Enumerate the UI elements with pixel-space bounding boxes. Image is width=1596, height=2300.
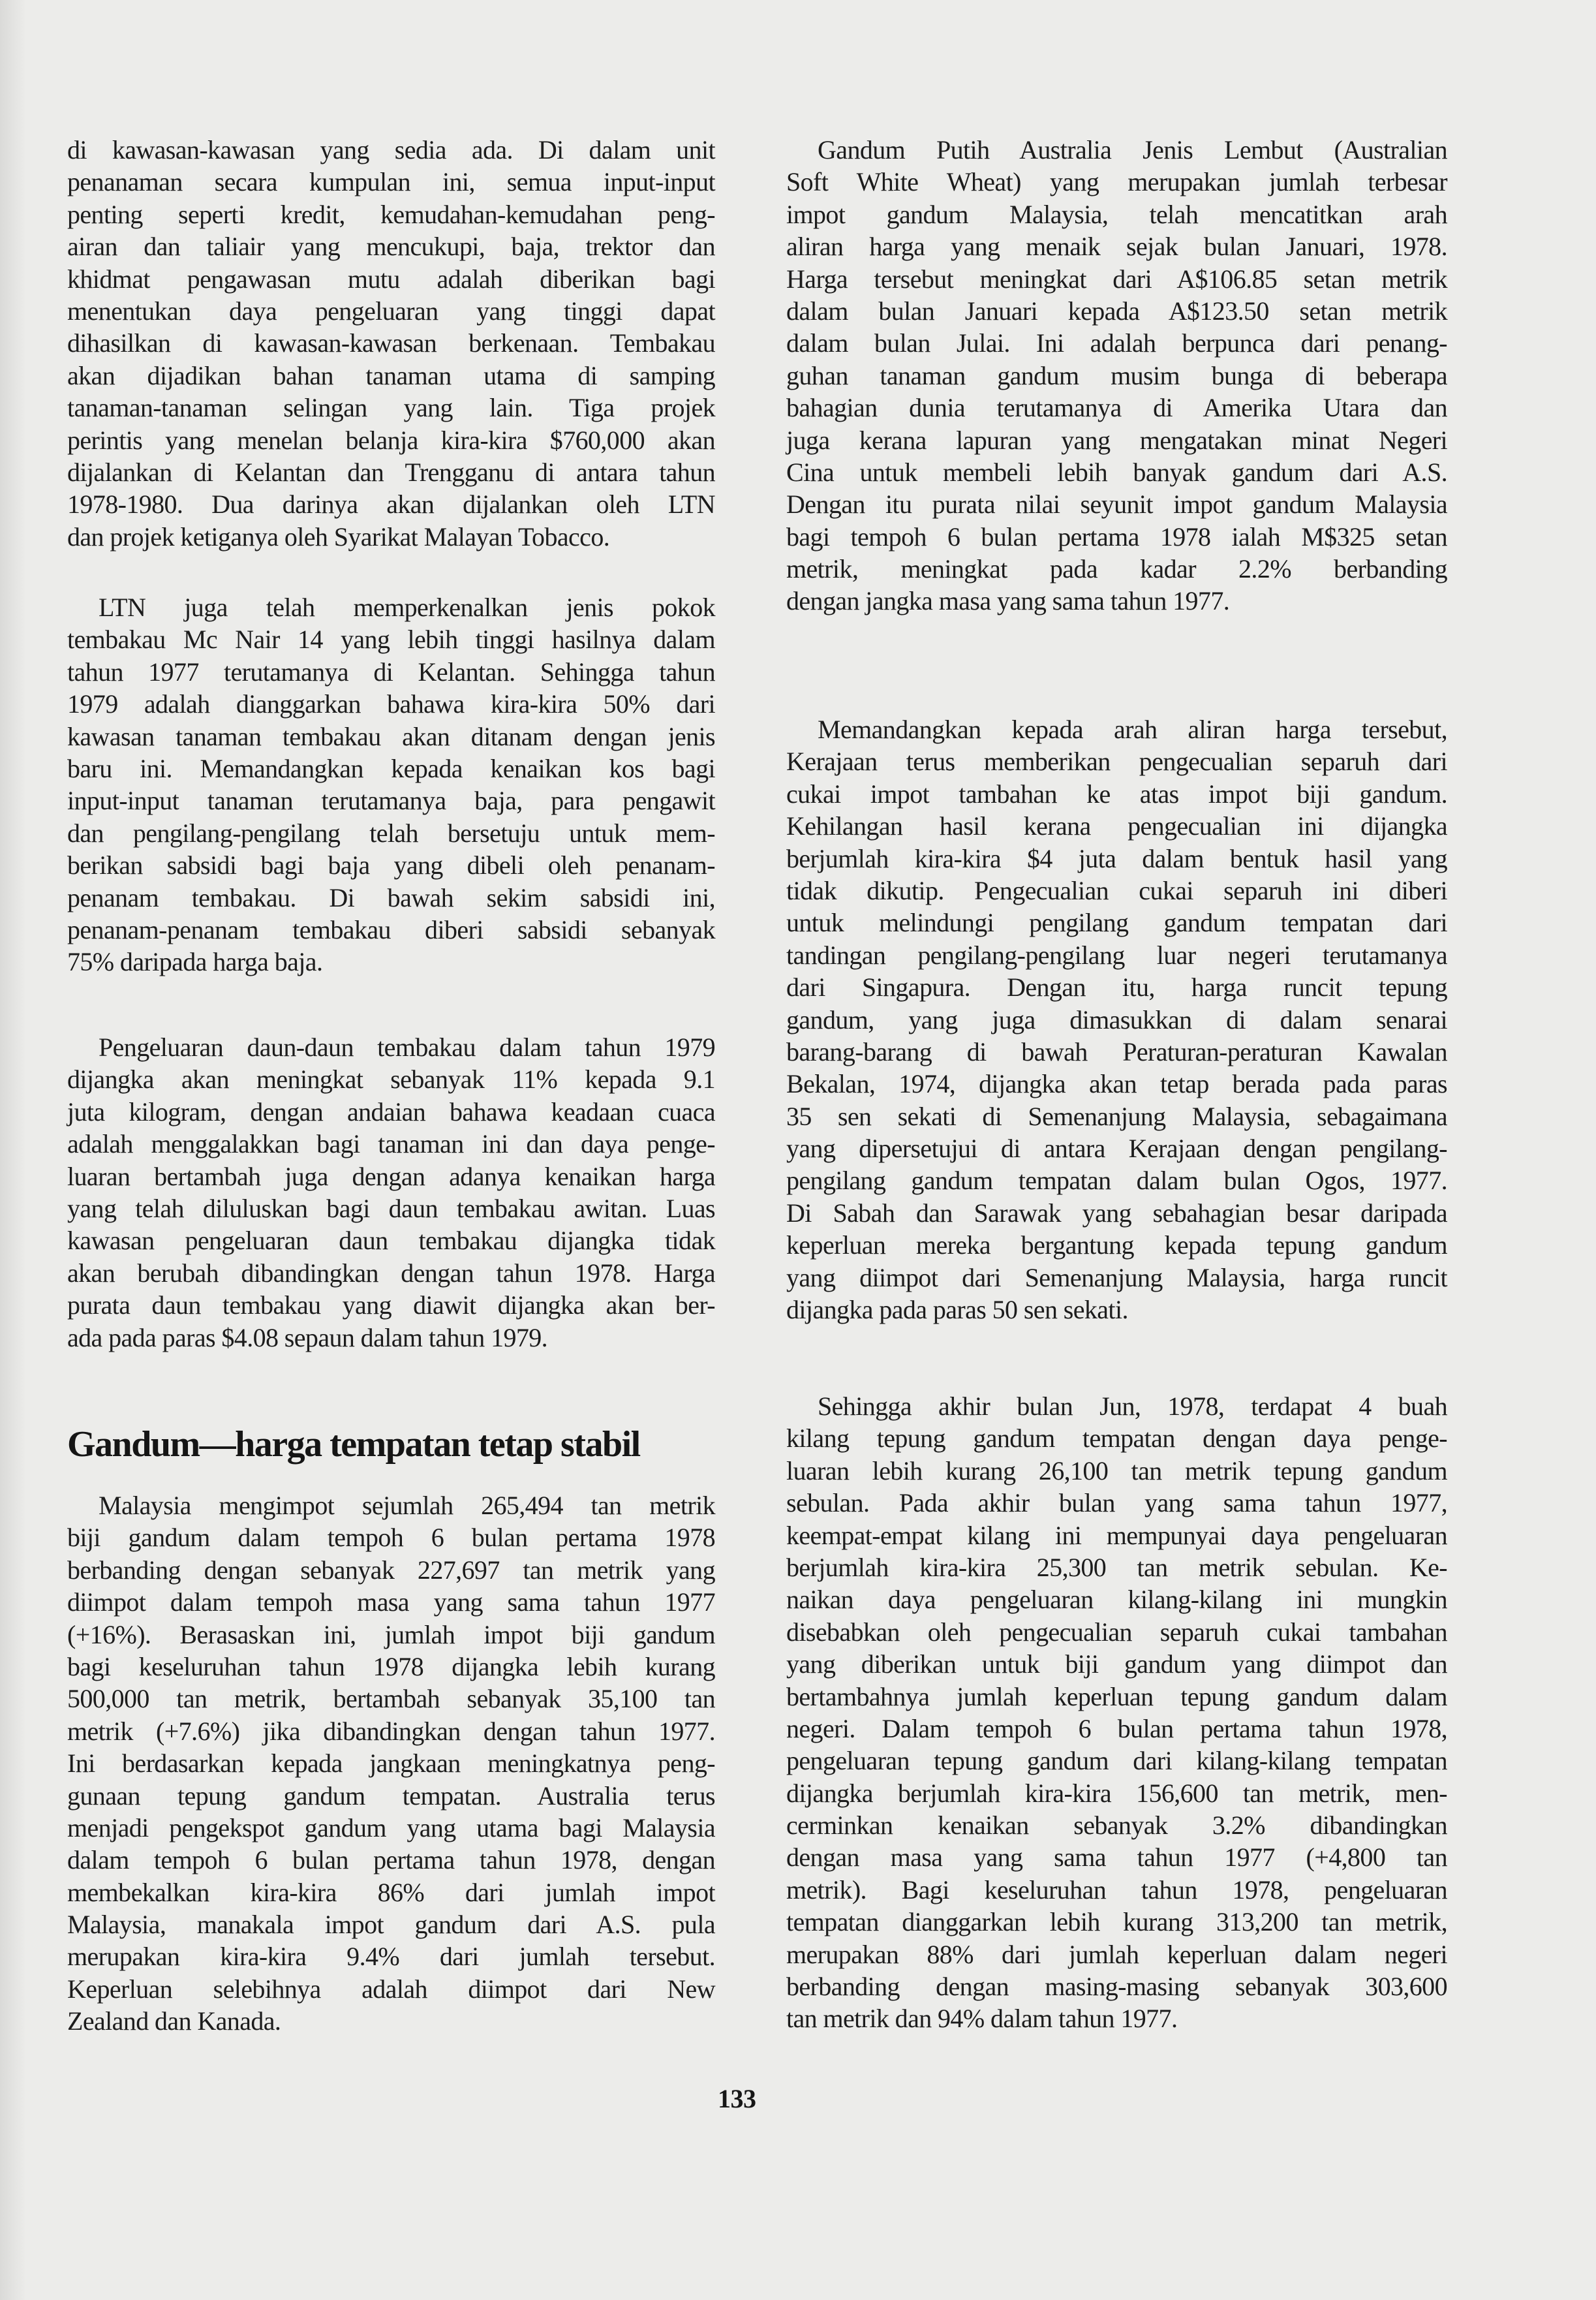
text-line-content: bagi keseluruhan tahun 1978 dijangka leb… — [67, 1651, 715, 1683]
text-line: Cina untuk membeli lebih banyak gandum d… — [786, 456, 1447, 488]
text-line-content: kilang tepung gandum tempatan dengan day… — [786, 1422, 1447, 1454]
text-line: tandingan pengilang-pengilang luar neger… — [786, 939, 1447, 971]
text-line-content: berikan sabsidi bagi baja yang dibeli ol… — [67, 849, 715, 881]
paragraph-tobacco-group-farming: di kawasan-kawasan yang sedia ada. Di da… — [67, 134, 715, 553]
text-line: akan berubah dibandingkan dengan tahun 1… — [67, 1257, 715, 1289]
text-line-content: dalam bulan Januari kepada A$123.50 seta… — [786, 295, 1447, 327]
text-line-content: cukai impot tambahan ke atas impot biji … — [786, 778, 1447, 810]
text-line-content: tan metrik dan 94% dalam tahun 1977. — [786, 2002, 1447, 2034]
text-line: dijalankan di Kelantan dan Trengganu di … — [67, 456, 715, 488]
text-line-content: adalah menggalakkan bagi tanaman ini dan… — [67, 1128, 715, 1160]
text-line-content: keperluan mereka bergantung kepada tepun… — [786, 1229, 1447, 1261]
text-line-content: LTN juga telah memperkenalkan jenis poko… — [99, 591, 715, 623]
text-line-content: Bekalan, 1974, dijangka akan tetap berad… — [786, 1068, 1447, 1100]
text-line-content: perintis yang menelan belanja kira-kira … — [67, 424, 715, 456]
text-line: Soft White Wheat) yang merupakan jumlah … — [786, 166, 1447, 198]
text-line: tan metrik dan 94% dalam tahun 1977. — [786, 2002, 1447, 2034]
text-line: keempat-empat kilang ini mempunyai daya … — [786, 1519, 1447, 1551]
text-line: Malaysia mengimpot sejumlah 265,494 tan … — [67, 1489, 715, 1521]
text-line: dijangka akan meningkat sebanyak 11% kep… — [67, 1063, 715, 1095]
text-line: tanaman-tanaman selingan yang lain. Tiga… — [67, 392, 715, 424]
text-line: impot gandum Malaysia, telah mencatitkan… — [786, 198, 1447, 230]
page-edge-shadow — [0, 0, 26, 2300]
text-line: dari Singapura. Dengan itu, harga runcit… — [786, 971, 1447, 1003]
text-line: luaran bertambah juga dengan adanya kena… — [67, 1160, 715, 1192]
text-line-content: berjumlah kira-kira 25,300 tan metrik se… — [786, 1551, 1447, 1583]
text-line: guhan tanaman gandum musim bunga di bebe… — [786, 360, 1447, 392]
text-line-content: metrik). Bagi keseluruhan tahun 1978, pe… — [786, 1874, 1447, 1906]
text-line: dan projek ketiganya oleh Syarikat Malay… — [67, 521, 715, 553]
text-line-content: Keperluan selebihnya adalah diimpot dari… — [67, 1973, 715, 2005]
paragraph-wheat-imports: Malaysia mengimpot sejumlah 265,494 tan … — [67, 1489, 715, 2038]
text-line: baru ini. Memandangkan kepada kenaikan k… — [67, 753, 715, 785]
text-line: input-input tanaman terutamanya baja, pa… — [67, 785, 715, 816]
text-line: barang-barang di bawah Peraturan-peratur… — [786, 1036, 1447, 1068]
text-line: purata daun tembakau yang diawit dijangk… — [67, 1289, 715, 1321]
text-line-content: berjumlah kira-kira $4 juta dalam bentuk… — [786, 843, 1447, 875]
text-line-content: khidmat pengawasan mutu adalah diberikan… — [67, 263, 715, 295]
text-line-content: tempatan dianggarkan lebih kurang 313,20… — [786, 1906, 1447, 1938]
text-line: menjadi pengekspot gandum yang utama bag… — [67, 1812, 715, 1844]
text-line-content: tanaman-tanaman selingan yang lain. Tiga… — [67, 392, 715, 424]
text-line-content: membekalkan kira-kira 86% dari jumlah im… — [67, 1876, 715, 1908]
text-line: berbanding dengan masing-masing sebanyak… — [786, 1970, 1447, 2002]
text-line-content: Harga tersebut meningkat dari A$106.85 s… — [786, 263, 1447, 295]
text-line-content: Di Sabah dan Sarawak yang sebahagian bes… — [786, 1197, 1447, 1229]
text-line-content: dengan masa yang sama tahun 1977 (+4,800… — [786, 1841, 1447, 1873]
text-line-content: Kehilangan hasil kerana pengecualian ini… — [786, 810, 1447, 842]
text-line-content: bagi tempoh 6 bulan pertama 1978 ialah M… — [786, 521, 1447, 553]
text-line: ada pada paras $4.08 sepaun dalam tahun … — [67, 1322, 715, 1354]
text-line: 1979 adalah dianggarkan bahawa kira-kira… — [67, 688, 715, 720]
text-line: penanam tembakau. Di bawah sekim sabsidi… — [67, 882, 715, 914]
text-line-content: yang dipersetujui di antara Kerajaan den… — [786, 1132, 1447, 1164]
text-line: berjumlah kira-kira $4 juta dalam bentuk… — [786, 843, 1447, 875]
text-line: khidmat pengawasan mutu adalah diberikan… — [67, 263, 715, 295]
text-line: membekalkan kira-kira 86% dari jumlah im… — [67, 1876, 715, 1908]
text-line-content: dalam bulan Julai. Ini adalah berpunca d… — [786, 327, 1447, 359]
text-line-content: akan dijadikan bahan tanaman utama di sa… — [67, 360, 715, 392]
text-line-content: sebulan. Pada akhir bulan yang sama tahu… — [786, 1487, 1447, 1519]
text-line-content: Ini berdasarkan kepada jangkaan meningka… — [67, 1747, 715, 1779]
text-line: adalah menggalakkan bagi tanaman ini dan… — [67, 1128, 715, 1160]
text-line-content: negeri. Dalam tempoh 6 bulan pertama tah… — [786, 1713, 1447, 1745]
text-line: akan dijadikan bahan tanaman utama di sa… — [67, 360, 715, 392]
text-line-content: tandingan pengilang-pengilang luar neger… — [786, 939, 1447, 971]
text-line: di kawasan-kawasan yang sedia ada. Di da… — [67, 134, 715, 166]
text-line-content: kawasan pengeluaran daun tembakau dijang… — [67, 1224, 715, 1256]
text-line: Bekalan, 1974, dijangka akan tetap berad… — [786, 1068, 1447, 1100]
text-line-content: Pengeluaran daun-daun tembakau dalam tah… — [99, 1031, 715, 1063]
text-line: tahun 1977 terutamanya di Kelantan. Sehi… — [67, 656, 715, 688]
text-line-content: impot gandum Malaysia, telah mencatitkan… — [786, 198, 1447, 230]
text-line-content: penanam-penanam tembakau diberi sabsidi … — [67, 914, 715, 946]
text-line: tembakau Mc Nair 14 yang lebih tinggi ha… — [67, 623, 715, 655]
text-line: yang telah diluluskan bagi daun tembakau… — [67, 1192, 715, 1224]
text-line: 1978-1980. Dua darinya akan dijalankan o… — [67, 488, 715, 520]
text-line: tidak dikutip. Pengecualian cukai separu… — [786, 875, 1447, 907]
text-line-content: Dengan itu purata nilai seyunit impot ga… — [786, 488, 1447, 520]
text-line: yang dipersetujui di antara Kerajaan den… — [786, 1132, 1447, 1164]
text-line: Memandangkan kepada arah aliran harga te… — [786, 713, 1447, 745]
text-line-content: aliran harga yang menaik sejak bulan Jan… — [786, 230, 1447, 262]
text-line: Dengan itu purata nilai seyunit impot ga… — [786, 488, 1447, 520]
text-line: aliran harga yang menaik sejak bulan Jan… — [786, 230, 1447, 262]
text-line-content: pengeluaran tepung gandum dari kilang-ki… — [786, 1745, 1447, 1777]
text-line: airan dan taliair yang mencukupi, baja, … — [67, 230, 715, 262]
text-line: dihasilkan di kawasan-kawasan berkenaan.… — [67, 327, 715, 359]
text-line-content: berbanding dengan masing-masing sebanyak… — [786, 1970, 1447, 2002]
paragraph-import-duty-exemption: Memandangkan kepada arah aliran harga te… — [786, 713, 1447, 1326]
text-line-content: dalam tempoh 6 bulan pertama tahun 1978,… — [67, 1844, 715, 1876]
page-number: 133 — [718, 2083, 756, 2114]
text-line: dengan jangka masa yang sama tahun 1977. — [786, 585, 1447, 617]
text-line-content: juga kerana lapuran yang mengatakan mina… — [786, 424, 1447, 456]
text-line-content: barang-barang di bawah Peraturan-peratur… — [786, 1036, 1447, 1068]
text-line: keperluan mereka bergantung kepada tepun… — [786, 1229, 1447, 1261]
text-line: pengeluaran tepung gandum dari kilang-ki… — [786, 1745, 1447, 1777]
paragraph-tobacco-production: Pengeluaran daun-daun tembakau dalam tah… — [67, 1031, 715, 1354]
text-line: perintis yang menelan belanja kira-kira … — [67, 424, 715, 456]
text-line: 500,000 tan metrik, bertambah sebanyak 3… — [67, 1683, 715, 1715]
text-line-content: Memandangkan kepada arah aliran harga te… — [818, 713, 1447, 745]
text-line: yang diberikan untuk biji gandum yang di… — [786, 1648, 1447, 1680]
text-line-content: diimpot dalam tempoh masa yang sama tahu… — [67, 1586, 715, 1618]
text-line: naikan daya pengeluaran kilang-kilang in… — [786, 1583, 1447, 1615]
paragraph-ltn-mc-nair: LTN juga telah memperkenalkan jenis poko… — [67, 591, 715, 978]
text-line-content: pengilang gandum tempatan dalam bulan Og… — [786, 1164, 1447, 1196]
text-line-content: luaran bertambah juga dengan adanya kena… — [67, 1160, 715, 1192]
text-line: (+16%). Berasaskan ini, jumlah impot bij… — [67, 1619, 715, 1651]
text-line-content: ada pada paras $4.08 sepaun dalam tahun … — [67, 1322, 715, 1354]
text-line-content: yang diberikan untuk biji gandum yang di… — [786, 1648, 1447, 1680]
text-line: negeri. Dalam tempoh 6 bulan pertama tah… — [786, 1713, 1447, 1745]
text-line-content: (+16%). Berasaskan ini, jumlah impot bij… — [67, 1619, 715, 1651]
text-line-content: menjadi pengekspot gandum yang utama bag… — [67, 1812, 715, 1844]
text-line: disebabkan oleh pengecualian separuh cuk… — [786, 1616, 1447, 1648]
text-line-content: dan pengilang-pengilang telah bersetuju … — [67, 817, 715, 849]
text-line: dan pengilang-pengilang telah bersetuju … — [67, 817, 715, 849]
text-line: juga kerana lapuran yang mengatakan mina… — [786, 424, 1447, 456]
text-line-content: juta kilogram, dengan andaian bahawa kea… — [67, 1096, 715, 1128]
text-line-content: Soft White Wheat) yang merupakan jumlah … — [786, 166, 1447, 198]
paragraph-flour-mills: Sehingga akhir bulan Jun, 1978, terdapat… — [786, 1390, 1447, 2035]
text-line: juta kilogram, dengan andaian bahawa kea… — [67, 1096, 715, 1128]
text-line-content: berbanding dengan sebanyak 227,697 tan m… — [67, 1554, 715, 1586]
text-line-content: dijangka pada paras 50 sen sekati. — [786, 1294, 1447, 1326]
text-line-content: bahagian dunia terutamanya di Amerika Ut… — [786, 392, 1447, 424]
text-line: Harga tersebut meningkat dari A$106.85 s… — [786, 263, 1447, 295]
text-line: Zealand dan Kanada. — [67, 2005, 715, 2037]
text-line-content: metrik (+7.6%) jika dibandingkan dengan … — [67, 1715, 715, 1747]
text-line-content: baru ini. Memandangkan kepada kenaikan k… — [67, 753, 715, 785]
text-line: berikan sabsidi bagi baja yang dibeli ol… — [67, 849, 715, 881]
text-line: bagi keseluruhan tahun 1978 dijangka leb… — [67, 1651, 715, 1683]
text-line: sebulan. Pada akhir bulan yang sama tahu… — [786, 1487, 1447, 1519]
text-line-content: di kawasan-kawasan yang sedia ada. Di da… — [67, 134, 715, 166]
text-line: Kerajaan terus memberikan pengecualian s… — [786, 745, 1447, 777]
text-line: metrik, meningkat pada kadar 2.2% berban… — [786, 553, 1447, 585]
text-line: LTN juga telah memperkenalkan jenis poko… — [67, 591, 715, 623]
text-line-content: yang telah diluluskan bagi daun tembakau… — [67, 1192, 715, 1224]
text-line-content: untuk melindungi pengilang gandum tempat… — [786, 907, 1447, 939]
text-line-content: dengan jangka masa yang sama tahun 1977. — [786, 585, 1447, 617]
text-line-content: Sehingga akhir bulan Jun, 1978, terdapat… — [818, 1390, 1447, 1422]
text-line: kawasan pengeluaran daun tembakau dijang… — [67, 1224, 715, 1256]
paragraph-australian-wheat-prices: Gandum Putih Australia Jenis Lembut (Aus… — [786, 134, 1447, 617]
text-line: menentukan daya pengeluaran yang tinggi … — [67, 295, 715, 327]
text-line-content: Gandum Putih Australia Jenis Lembut (Aus… — [818, 134, 1447, 166]
text-line-content: keempat-empat kilang ini mempunyai daya … — [786, 1519, 1447, 1551]
text-line: cerminkan kenaikan sebanyak 3.2% dibandi… — [786, 1809, 1447, 1841]
text-line: untuk melindungi pengilang gandum tempat… — [786, 907, 1447, 939]
text-line-content: dijangka akan meningkat sebanyak 11% kep… — [67, 1063, 715, 1095]
text-line: penanaman secara kumpulan ini, semua inp… — [67, 166, 715, 198]
text-line-content: cerminkan kenaikan sebanyak 3.2% dibandi… — [786, 1809, 1447, 1841]
text-line-content: dijangka berjumlah kira-kira 156,600 tan… — [786, 1777, 1447, 1809]
section-heading: Gandum—harga tempatan tetap stabil — [67, 1422, 640, 1467]
text-line: penting seperti kredit, kemudahan-kemuda… — [67, 198, 715, 230]
text-line-content: 500,000 tan metrik, bertambah sebanyak 3… — [67, 1683, 715, 1715]
text-line: dijangka pada paras 50 sen sekati. — [786, 1294, 1447, 1326]
text-line: gandum, yang juga dimasukkan di dalam se… — [786, 1004, 1447, 1036]
text-line-content: input-input tanaman terutamanya baja, pa… — [67, 785, 715, 816]
text-line-content: penting seperti kredit, kemudahan-kemuda… — [67, 198, 715, 230]
text-line-content: bertambahnya jumlah keperluan tepung gan… — [786, 1681, 1447, 1713]
text-line: dijangka berjumlah kira-kira 156,600 tan… — [786, 1777, 1447, 1809]
text-line: kawasan tanaman tembakau akan ditanam de… — [67, 721, 715, 753]
text-line-content: Cina untuk membeli lebih banyak gandum d… — [786, 456, 1447, 488]
text-line: merupakan kira-kira 9.4% dari jumlah ter… — [67, 1940, 715, 1972]
text-line-content: penanam tembakau. Di bawah sekim sabsidi… — [67, 882, 715, 914]
text-line-content: penanaman secara kumpulan ini, semua inp… — [67, 166, 715, 198]
text-line-content: 75% daripada harga baja. — [67, 946, 715, 978]
text-line-content: tahun 1977 terutamanya di Kelantan. Sehi… — [67, 656, 715, 688]
text-line: Di Sabah dan Sarawak yang sebahagian bes… — [786, 1197, 1447, 1229]
text-line: berbanding dengan sebanyak 227,697 tan m… — [67, 1554, 715, 1586]
text-line-content: purata daun tembakau yang diawit dijangk… — [67, 1289, 715, 1321]
text-line: yang diimpot dari Semenanjung Malaysia, … — [786, 1262, 1447, 1294]
text-line-content: 1978-1980. Dua darinya akan dijalankan o… — [67, 488, 715, 520]
text-line: dalam bulan Julai. Ini adalah berpunca d… — [786, 327, 1447, 359]
text-line-content: Kerajaan terus memberikan pengecualian s… — [786, 745, 1447, 777]
text-line-content: luaran lebih kurang 26,100 tan metrik te… — [786, 1455, 1447, 1487]
text-line-content: 1979 adalah dianggarkan bahawa kira-kira… — [67, 688, 715, 720]
text-line: bertambahnya jumlah keperluan tepung gan… — [786, 1681, 1447, 1713]
text-line: metrik (+7.6%) jika dibandingkan dengan … — [67, 1715, 715, 1747]
text-line-content: gandum, yang juga dimasukkan di dalam se… — [786, 1004, 1447, 1036]
text-line-content: Malaysia mengimpot sejumlah 265,494 tan … — [99, 1489, 715, 1521]
text-line: metrik). Bagi keseluruhan tahun 1978, pe… — [786, 1874, 1447, 1906]
text-line: Keperluan selebihnya adalah diimpot dari… — [67, 1973, 715, 2005]
text-line-content: disebabkan oleh pengecualian separuh cuk… — [786, 1616, 1447, 1648]
text-line: bagi tempoh 6 bulan pertama 1978 ialah M… — [786, 521, 1447, 553]
text-line: Gandum Putih Australia Jenis Lembut (Aus… — [786, 134, 1447, 166]
text-line-content: dan projek ketiganya oleh Syarikat Malay… — [67, 521, 715, 553]
text-line: 75% daripada harga baja. — [67, 946, 715, 978]
text-line: 35 sen sekati di Semenanjung Malaysia, s… — [786, 1100, 1447, 1132]
text-line: merupakan 88% dari jumlah keperluan dala… — [786, 1938, 1447, 1970]
text-line: gunaan tepung gandum tempatan. Australia… — [67, 1780, 715, 1812]
text-line: dalam tempoh 6 bulan pertama tahun 1978,… — [67, 1844, 715, 1876]
text-line: luaran lebih kurang 26,100 tan metrik te… — [786, 1455, 1447, 1487]
text-line: tempatan dianggarkan lebih kurang 313,20… — [786, 1906, 1447, 1938]
text-line: diimpot dalam tempoh masa yang sama tahu… — [67, 1586, 715, 1618]
text-line-content: tembakau Mc Nair 14 yang lebih tinggi ha… — [67, 623, 715, 655]
text-line-content: airan dan taliair yang mencukupi, baja, … — [67, 230, 715, 262]
text-line: pengilang gandum tempatan dalam bulan Og… — [786, 1164, 1447, 1196]
text-line-content: gunaan tepung gandum tempatan. Australia… — [67, 1780, 715, 1812]
text-line: Pengeluaran daun-daun tembakau dalam tah… — [67, 1031, 715, 1063]
text-line: berjumlah kira-kira 25,300 tan metrik se… — [786, 1551, 1447, 1583]
text-line: Ini berdasarkan kepada jangkaan meningka… — [67, 1747, 715, 1779]
text-line-content: metrik, meningkat pada kadar 2.2% berban… — [786, 553, 1447, 585]
text-line-content: Zealand dan Kanada. — [67, 2005, 715, 2037]
text-line: Malaysia, manakala impot gandum dari A.S… — [67, 1908, 715, 1940]
text-line-content: yang diimpot dari Semenanjung Malaysia, … — [786, 1262, 1447, 1294]
text-line: Sehingga akhir bulan Jun, 1978, terdapat… — [786, 1390, 1447, 1422]
text-line-content: menentukan daya pengeluaran yang tinggi … — [67, 295, 715, 327]
text-line-content: Malaysia, manakala impot gandum dari A.S… — [67, 1908, 715, 1940]
text-line-content: merupakan 88% dari jumlah keperluan dala… — [786, 1938, 1447, 1970]
text-line: dalam bulan Januari kepada A$123.50 seta… — [786, 295, 1447, 327]
text-line-content: biji gandum dalam tempoh 6 bulan pertama… — [67, 1521, 715, 1553]
text-line: dengan masa yang sama tahun 1977 (+4,800… — [786, 1841, 1447, 1873]
text-line-content: dijalankan di Kelantan dan Trengganu di … — [67, 456, 715, 488]
text-line-content: akan berubah dibandingkan dengan tahun 1… — [67, 1257, 715, 1289]
text-line-content: guhan tanaman gandum musim bunga di bebe… — [786, 360, 1447, 392]
text-line-content: dari Singapura. Dengan itu, harga runcit… — [786, 971, 1447, 1003]
text-line-content: 35 sen sekati di Semenanjung Malaysia, s… — [786, 1100, 1447, 1132]
text-line: biji gandum dalam tempoh 6 bulan pertama… — [67, 1521, 715, 1553]
text-line-content: dihasilkan di kawasan-kawasan berkenaan.… — [67, 327, 715, 359]
text-line-content: naikan daya pengeluaran kilang-kilang in… — [786, 1583, 1447, 1615]
text-line: Kehilangan hasil kerana pengecualian ini… — [786, 810, 1447, 842]
text-line: kilang tepung gandum tempatan dengan day… — [786, 1422, 1447, 1454]
text-line-content: kawasan tanaman tembakau akan ditanam de… — [67, 721, 715, 753]
text-line-content: merupakan kira-kira 9.4% dari jumlah ter… — [67, 1940, 715, 1972]
text-line: bahagian dunia terutamanya di Amerika Ut… — [786, 392, 1447, 424]
text-line: penanam-penanam tembakau diberi sabsidi … — [67, 914, 715, 946]
text-line: cukai impot tambahan ke atas impot biji … — [786, 778, 1447, 810]
text-line-content: tidak dikutip. Pengecualian cukai separu… — [786, 875, 1447, 907]
